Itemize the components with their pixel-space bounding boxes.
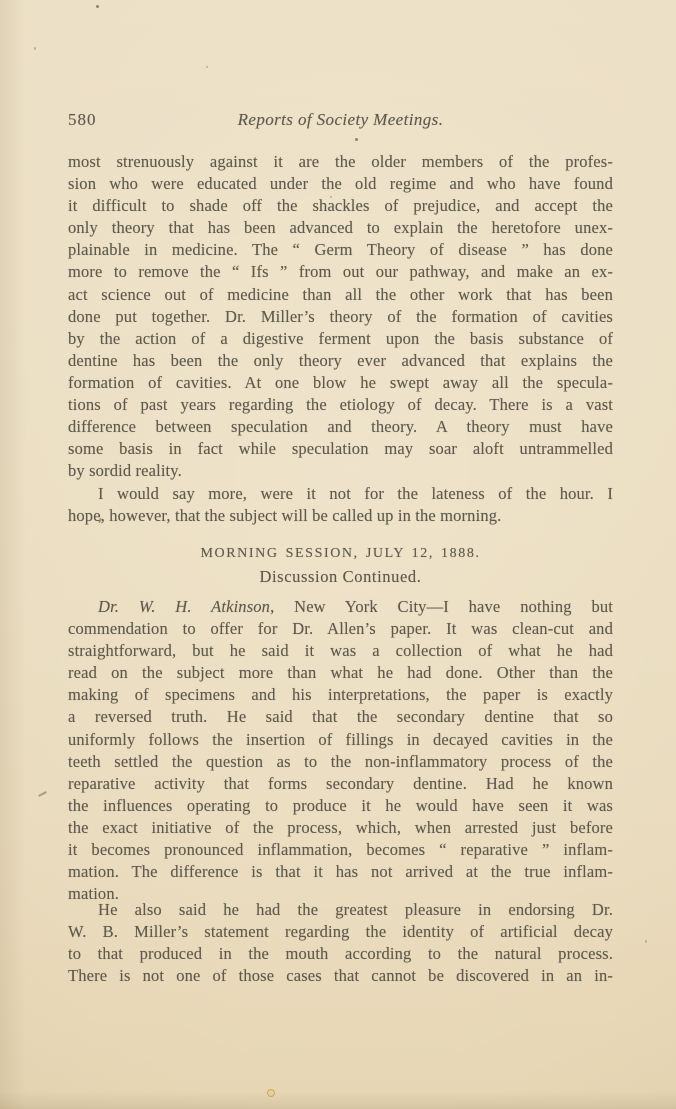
- printers-mark-speck: [355, 138, 358, 141]
- text-line: most strenuously against it are the olde…: [68, 151, 613, 173]
- text-line: the influences operating to produce it h…: [68, 795, 613, 817]
- text-line: difference between speculation and theor…: [68, 416, 613, 438]
- running-head: 580 Reports of Society Meetings.: [68, 110, 613, 134]
- text-line: the exact initiative of the process, whi…: [68, 817, 613, 839]
- paragraph-lead-line: Dr. W. H. Atkinson, New York City—I have…: [68, 596, 613, 618]
- text-line: done put together. Dr. Miller’s theory o…: [68, 306, 613, 328]
- text-line: reparative activity that forms secondary…: [68, 773, 613, 795]
- text-line: There is not one of those cases that can…: [68, 965, 613, 987]
- lead-line-rest: , New York City—I have nothing but: [270, 597, 613, 616]
- paper-speck: [645, 940, 647, 943]
- session-heading: MORNING SESSION, JULY 12, 1888.: [68, 546, 613, 562]
- text-line: read on the subject more than what he ha…: [68, 662, 613, 684]
- text-line: teeth settled the question as to the non…: [68, 751, 613, 773]
- text-line: I would say more, were it not for the la…: [68, 483, 613, 505]
- paragraph-atkinson-remarks: Dr. W. H. Atkinson, New York City—I have…: [68, 596, 613, 905]
- text-line: uniformly follows the insertion of filli…: [68, 729, 613, 751]
- paper-speck: [34, 47, 36, 50]
- paper-speck: [206, 66, 208, 68]
- text-line: act science out of medicine than all the…: [68, 284, 613, 306]
- text-line: W. B. Miller’s statement regarding the i…: [68, 921, 613, 943]
- text-line: some basis in fact while speculation may…: [68, 438, 613, 460]
- text-line: commendation to offer for Dr. Allen’s pa…: [68, 618, 613, 640]
- text-line: it becomes pronounced inflammation, beco…: [68, 839, 613, 861]
- running-title: Reports of Society Meetings.: [68, 110, 613, 130]
- text-line: He also said he had the greatest pleasur…: [68, 899, 613, 921]
- paper-stain-spot: [267, 1089, 275, 1097]
- text-line: mation. The difference is that it has no…: [68, 861, 613, 883]
- text-line: tions of past years regarding the etiolo…: [68, 394, 613, 416]
- discussion-subheading: Discussion Continued.: [68, 567, 613, 587]
- paragraph-closing-remark: I would say more, were it not for the la…: [68, 483, 613, 527]
- speaker-name: Dr. W. H. Atkinson: [98, 597, 270, 616]
- margin-squiggle-mark: [38, 791, 47, 797]
- paragraph-atkinson-endorsement: He also said he had the greatest pleasur…: [68, 899, 613, 987]
- text-line: making of specimens and his interpretati…: [68, 684, 613, 706]
- text-line: it difficult to shade off the shackles o…: [68, 195, 613, 217]
- scanned-book-page: 580 Reports of Society Meetings. most st…: [0, 0, 676, 1109]
- text-line: by sordid reality.: [68, 460, 613, 482]
- text-line: a reversed truth. He said that the secon…: [68, 706, 613, 728]
- text-line: sion who were educated under the old reg…: [68, 173, 613, 195]
- text-line: straightforward, but he said it was a co…: [68, 640, 613, 662]
- text-line: dentine has been the only theory ever ad…: [68, 350, 613, 372]
- text-line: formation of cavities. At one blow he sw…: [68, 372, 613, 394]
- text-line: only theory that has been advanced to ex…: [68, 217, 613, 239]
- text-line: plainable in medicine. The “ Germ Theory…: [68, 239, 613, 261]
- text-line: more to remove the “ Ifs ” from out our …: [68, 261, 613, 283]
- paragraph-lines: commendation to offer for Dr. Allen’s pa…: [68, 618, 613, 905]
- text-line: hope, however, that the subject will be …: [68, 505, 613, 527]
- text-line: to that produced in the mouth according …: [68, 943, 613, 965]
- text-line: by the action of a digestive ferment upo…: [68, 328, 613, 350]
- paragraph-continuation: most strenuously against it are the olde…: [68, 151, 613, 482]
- paper-speck: [96, 5, 99, 8]
